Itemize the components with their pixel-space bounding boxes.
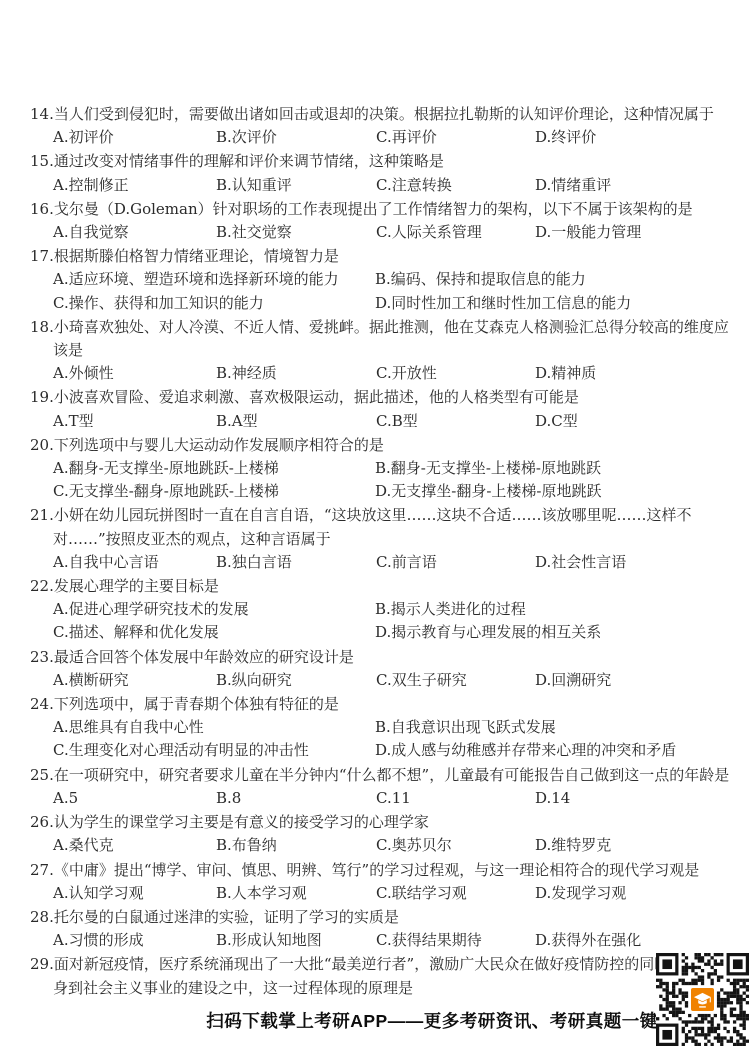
option-C: C.再评价 <box>376 126 535 149</box>
options-row: A.促进心理学研究技术的发展B.揭示人类进化的过程 <box>53 598 730 621</box>
question-23: 23.最适合回答个体发展中年龄效应的研究设计是A.横断研究B.纵向研究C.双生子… <box>30 646 730 692</box>
exam-page: 14.当人们受到侵犯时，需要做出诸如回击或退却的决策。根据拉扎勒斯的认知评价理论… <box>0 0 750 1061</box>
option-A: A.桑代克 <box>53 834 216 857</box>
option-A: A.思维具有自我中心性 <box>53 716 375 739</box>
option-A: A.翻身-无支撑坐-原地跳跃-上楼梯 <box>53 457 375 480</box>
question-stem-text: 发展心理学的主要目标是 <box>54 577 219 595</box>
question-number: 14. <box>30 105 54 123</box>
option-C: C.11 <box>376 787 535 810</box>
option-A: A.控制修正 <box>53 174 216 197</box>
option-B: B.翻身-无支撑坐-上楼梯-原地跳跃 <box>375 457 730 480</box>
question-stem-text: 《中庸》提出“博学、审问、慎思、明辨、笃行”的学习过程观，与这一理论相符合的现代… <box>54 861 699 879</box>
question-stem-text: 戈尔曼（D.Goleman）针对职场的工作表现提出了工作情绪智力的架构，以下不属… <box>54 200 693 218</box>
question-number: 15. <box>30 152 54 170</box>
option-C: C.描述、解释和优化发展 <box>53 621 375 644</box>
question-stem: 26.认为学生的课堂学习主要是有意义的接受学习的心理学家 <box>30 811 730 834</box>
question-19: 19.小波喜欢冒险、爱追求刺激、喜欢极限运动，据此描述，他的人格类型有可能是A.… <box>30 386 730 432</box>
options-row: C.操作、获得和加工知识的能力D.同时性加工和继时性加工信息的能力 <box>53 292 730 315</box>
question-stem: 18.小琦喜欢独处、对人冷漠、不近人情、爱挑衅。据此推测，他在艾森克人格测验汇总… <box>30 316 730 362</box>
option-D: D.成人感与幼稚感并存带来心理的冲突和矛盾 <box>375 739 730 762</box>
options-row: C.描述、解释和优化发展D.揭示教育与心理发展的相互关系 <box>53 621 730 644</box>
option-D: D.无支撑坐-翻身-上楼梯-原地跳跃 <box>375 480 730 503</box>
option-B: B.次评价 <box>216 126 376 149</box>
option-B: B.社交觉察 <box>216 221 376 244</box>
options-row: A.翻身-无支撑坐-原地跳跃-上楼梯B.翻身-无支撑坐-上楼梯-原地跳跃 <box>53 457 730 480</box>
option-D: D.一般能力管理 <box>535 221 730 244</box>
option-A: A.5 <box>53 787 216 810</box>
option-B: B.A型 <box>216 410 376 433</box>
question-25: 25.在一项研究中，研究者要求儿童在半分钟内“什么都不想”，儿童最有可能报告自己… <box>30 764 730 810</box>
question-16: 16.戈尔曼（D.Goleman）针对职场的工作表现提出了工作情绪智力的架构，以… <box>30 198 730 244</box>
option-B: B.纵向研究 <box>216 669 376 692</box>
question-list: 14.当人们受到侵犯时，需要做出诸如回击或退却的决策。根据拉扎勒斯的认知评价理论… <box>30 103 730 1001</box>
question-18: 18.小琦喜欢独处、对人冷漠、不近人情、爱挑衅。据此推测，他在艾森克人格测验汇总… <box>30 316 730 386</box>
option-D: D.维特罗克 <box>535 834 730 857</box>
option-A: A.初评价 <box>53 126 216 149</box>
question-stem-text: 下列选项中，属于青春期个体独有特征的是 <box>54 695 339 713</box>
option-A: A.T型 <box>53 410 216 433</box>
option-B: B.自我意识出现飞跃式发展 <box>375 716 730 739</box>
option-D: D.发现学习观 <box>535 882 730 905</box>
options-row: A.桑代克B.布鲁纳C.奥苏贝尔D.维特罗克 <box>53 834 730 857</box>
question-stem-text: 通过改变对情绪事件的理解和评价来调节情绪，这种策略是 <box>54 152 444 170</box>
question-stem-text: 当人们受到侵犯时，需要做出诸如回击或退却的决策。根据拉扎勒斯的认知评价理论，这种… <box>54 105 714 123</box>
option-C: C.无支撑坐-翻身-原地跳跃-上楼梯 <box>53 480 375 503</box>
option-D: D.社会性言语 <box>535 551 730 574</box>
option-C: C.获得结果期待 <box>376 929 535 952</box>
question-27: 27.《中庸》提出“博学、审问、慎思、明辨、笃行”的学习过程观，与这一理论相符合… <box>30 859 730 905</box>
option-A: A.横断研究 <box>53 669 216 692</box>
option-D: D.回溯研究 <box>535 669 730 692</box>
options-row: A.自我觉察B.社交觉察C.人际关系管理D.一般能力管理 <box>53 221 730 244</box>
option-B: B.人本学习观 <box>216 882 376 905</box>
option-B: B.揭示人类进化的过程 <box>375 598 730 621</box>
option-B: B.神经质 <box>216 362 376 385</box>
options-row: A.习惯的形成B.形成认知地图C.获得结果期待D.获得外在强化 <box>53 929 730 952</box>
question-stem: 15.通过改变对情绪事件的理解和评价来调节情绪，这种策略是 <box>30 150 730 173</box>
question-stem-text: 根据斯滕伯格智力情绪亚理论，情境智力是 <box>54 247 339 265</box>
question-stem: 23.最适合回答个体发展中年龄效应的研究设计是 <box>30 646 730 669</box>
option-B: B.独白言语 <box>216 551 376 574</box>
options-row: A.初评价B.次评价C.再评价D.终评价 <box>53 126 730 149</box>
option-C: C.注意转换 <box>376 174 535 197</box>
question-17: 17.根据斯滕伯格智力情绪亚理论，情境智力是A.适应环境、塑造环境和选择新环境的… <box>30 245 730 315</box>
question-stem: 19.小波喜欢冒险、爱追求刺激、喜欢极限运动，据此描述，他的人格类型有可能是 <box>30 386 730 409</box>
option-B: B.布鲁纳 <box>216 834 376 857</box>
question-stem: 27.《中庸》提出“博学、审问、慎思、明辨、笃行”的学习过程观，与这一理论相符合… <box>30 859 730 882</box>
options-row: A.T型B.A型C.B型D.C型 <box>53 410 730 433</box>
question-stem-text: 小波喜欢冒险、爱追求刺激、喜欢极限运动，据此描述，他的人格类型有可能是 <box>54 388 579 406</box>
question-stem-text: 小琦喜欢独处、对人冷漠、不近人情、爱挑衅。据此推测，他在艾森克人格测验汇总得分较… <box>53 318 729 359</box>
question-stem: 21.小妍在幼儿园玩拼图时一直在自言自语，“这块放这里……这块不合适……该放哪里… <box>30 504 730 550</box>
option-D: D.获得外在强化 <box>535 929 730 952</box>
question-28: 28.托尔曼的白鼠通过迷津的实验，证明了学习的实质是A.习惯的形成B.形成认知地… <box>30 906 730 952</box>
option-C: C.奥苏贝尔 <box>376 834 535 857</box>
option-C: C.前言语 <box>376 551 535 574</box>
option-D: D.终评价 <box>535 126 730 149</box>
option-A: A.自我觉察 <box>53 221 216 244</box>
question-24: 24.下列选项中，属于青春期个体独有特征的是A.思维具有自我中心性B.自我意识出… <box>30 693 730 763</box>
options-row: A.外倾性B.神经质C.开放性D.精神质 <box>53 362 730 385</box>
option-B: B.编码、保持和提取信息的能力 <box>375 268 730 291</box>
option-C: C.生理变化对心理活动有明显的冲击性 <box>53 739 375 762</box>
options-row: A.自我中心言语B.独白言语C.前言语D.社会性言语 <box>53 551 730 574</box>
option-C: C.联结学习观 <box>376 882 535 905</box>
question-20: 20.下列选项中与婴儿大运动动作发展顺序相符合的是A.翻身-无支撑坐-原地跳跃-… <box>30 434 730 504</box>
option-C: C.操作、获得和加工知识的能力 <box>53 292 375 315</box>
question-number: 20. <box>30 436 54 454</box>
question-stem: 25.在一项研究中，研究者要求儿童在半分钟内“什么都不想”，儿童最有可能报告自己… <box>30 764 730 787</box>
option-D: D.14 <box>535 787 730 810</box>
question-number: 18. <box>30 318 54 336</box>
option-C: C.人际关系管理 <box>376 221 535 244</box>
options-row: C.生理变化对心理活动有明显的冲击性D.成人感与幼稚感并存带来心理的冲突和矛盾 <box>53 739 730 762</box>
question-stem: 22.发展心理学的主要目标是 <box>30 575 730 598</box>
question-stem: 14.当人们受到侵犯时，需要做出诸如回击或退却的决策。根据拉扎勒斯的认知评价理论… <box>30 103 730 126</box>
question-number: 23. <box>30 648 54 666</box>
question-stem-text: 小妍在幼儿园玩拼图时一直在自言自语，“这块放这里……这块不合适……该放哪里呢……… <box>53 506 692 547</box>
option-C: C.B型 <box>376 410 535 433</box>
question-14: 14.当人们受到侵犯时，需要做出诸如回击或退却的决策。根据拉扎勒斯的认知评价理论… <box>30 103 730 149</box>
question-stem-text: 下列选项中与婴儿大运动动作发展顺序相符合的是 <box>54 436 384 454</box>
question-stem: 29.面对新冠疫情，医疗系统涌现出了一大批“最美逆行者”，激励广大民众在做好疫情… <box>30 953 730 999</box>
options-row: A.思维具有自我中心性B.自我意识出现飞跃式发展 <box>53 716 730 739</box>
question-stem-text: 最适合回答个体发展中年龄效应的研究设计是 <box>54 648 354 666</box>
option-A: A.认知学习观 <box>53 882 216 905</box>
option-A: A.自我中心言语 <box>53 551 216 574</box>
options-row: A.适应环境、塑造环境和选择新环境的能力B.编码、保持和提取信息的能力 <box>53 268 730 291</box>
question-number: 27. <box>30 861 54 879</box>
question-number: 29. <box>30 955 54 973</box>
graduation-cap-icon <box>693 990 712 1009</box>
qr-code <box>656 953 749 1046</box>
options-row: A.控制修正B.认知重评C.注意转换D.情绪重评 <box>53 174 730 197</box>
option-C: C.双生子研究 <box>376 669 535 692</box>
option-D: D.揭示教育与心理发展的相互关系 <box>375 621 730 644</box>
question-stem: 20.下列选项中与婴儿大运动动作发展顺序相符合的是 <box>30 434 730 457</box>
question-number: 24. <box>30 695 54 713</box>
question-number: 21. <box>30 506 54 524</box>
question-number: 22. <box>30 577 54 595</box>
question-number: 26. <box>30 813 54 831</box>
question-stem: 24.下列选项中，属于青春期个体独有特征的是 <box>30 693 730 716</box>
option-D: D.同时性加工和继时性加工信息的能力 <box>375 292 730 315</box>
question-number: 17. <box>30 247 54 265</box>
option-A: A.促进心理学研究技术的发展 <box>53 598 375 621</box>
option-D: D.精神质 <box>535 362 730 385</box>
options-row: A.认知学习观B.人本学习观C.联结学习观D.发现学习观 <box>53 882 730 905</box>
option-D: D.情绪重评 <box>535 174 730 197</box>
option-A: A.习惯的形成 <box>53 929 216 952</box>
question-15: 15.通过改变对情绪事件的理解和评价来调节情绪，这种策略是A.控制修正B.认知重… <box>30 150 730 196</box>
question-stem-text: 认为学生的课堂学习主要是有意义的接受学习的心理学家 <box>54 813 429 831</box>
question-number: 19. <box>30 388 54 406</box>
question-stem-text: 托尔曼的白鼠通过迷津的实验，证明了学习的实质是 <box>54 908 399 926</box>
option-B: B.8 <box>216 787 376 810</box>
option-B: B.形成认知地图 <box>216 929 376 952</box>
question-26: 26.认为学生的课堂学习主要是有意义的接受学习的心理学家A.桑代克B.布鲁纳C.… <box>30 811 730 857</box>
app-logo <box>689 986 716 1013</box>
question-21: 21.小妍在幼儿园玩拼图时一直在自言自语，“这块放这里……这块不合适……该放哪里… <box>30 504 730 574</box>
options-row: A.5B.8C.11D.14 <box>53 787 730 810</box>
question-29: 29.面对新冠疫情，医疗系统涌现出了一大批“最美逆行者”，激励广大民众在做好疫情… <box>30 953 730 999</box>
question-22: 22.发展心理学的主要目标是A.促进心理学研究技术的发展B.揭示人类进化的过程C… <box>30 575 730 645</box>
question-stem: 28.托尔曼的白鼠通过迷津的实验，证明了学习的实质是 <box>30 906 730 929</box>
option-A: A.适应环境、塑造环境和选择新环境的能力 <box>53 268 375 291</box>
options-row: C.无支撑坐-翻身-原地跳跃-上楼梯D.无支撑坐-翻身-上楼梯-原地跳跃 <box>53 480 730 503</box>
option-C: C.开放性 <box>376 362 535 385</box>
question-stem-text: 面对新冠疫情，医疗系统涌现出了一大批“最美逆行者”，激励广大民众在做好疫情防控的… <box>53 955 729 996</box>
question-number: 25. <box>30 766 54 784</box>
question-number: 28. <box>30 908 54 926</box>
question-stem: 16.戈尔曼（D.Goleman）针对职场的工作表现提出了工作情绪智力的架构，以… <box>30 198 730 221</box>
question-number: 16. <box>30 200 54 218</box>
options-row: A.横断研究B.纵向研究C.双生子研究D.回溯研究 <box>53 669 730 692</box>
option-B: B.认知重评 <box>216 174 376 197</box>
question-stem-text: 在一项研究中，研究者要求儿童在半分钟内“什么都不想”，儿童最有可能报告自己做到这… <box>54 766 729 784</box>
option-D: D.C型 <box>535 410 730 433</box>
option-A: A.外倾性 <box>53 362 216 385</box>
question-stem: 17.根据斯滕伯格智力情绪亚理论，情境智力是 <box>30 245 730 268</box>
